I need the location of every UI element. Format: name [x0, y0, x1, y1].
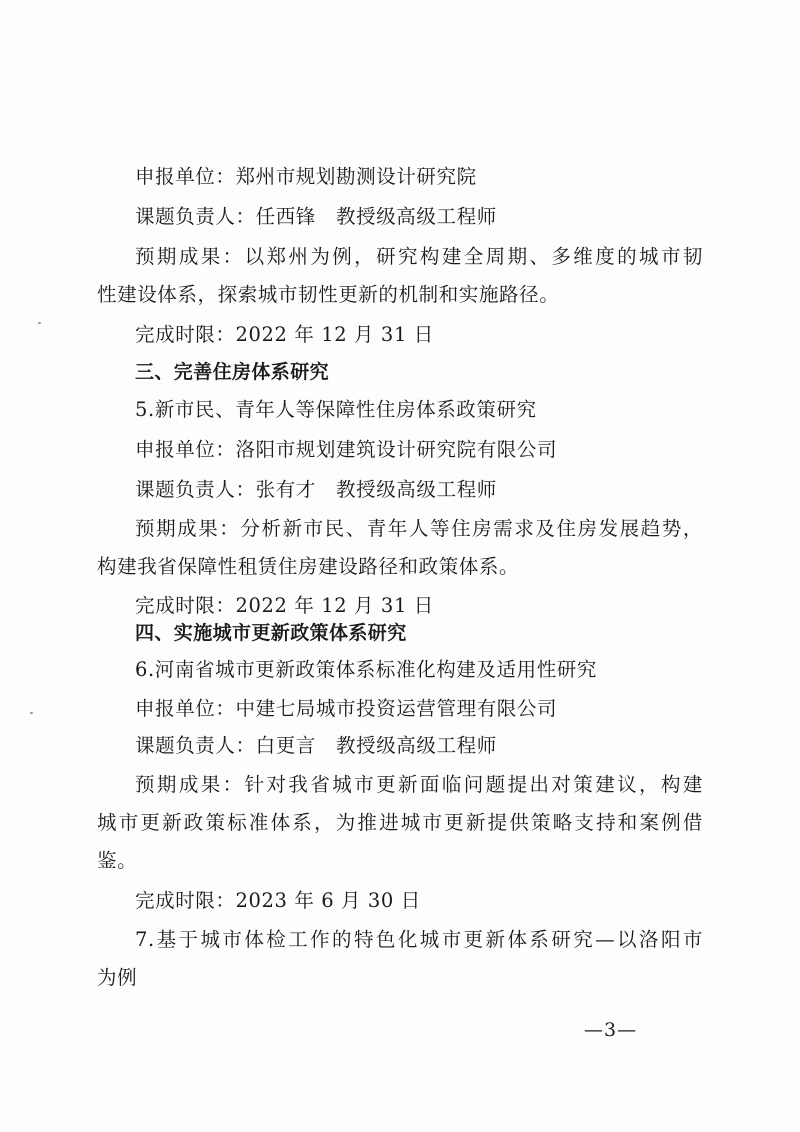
expected-results-5-line1: 预期成果：分析新市民、青年人等住房需求及住房发展趋势，	[135, 515, 703, 543]
expected-results-4-line1: 预期成果：以郑州为例，研究构建全周期、多维度的城市韧	[135, 243, 703, 271]
expected-results-4-line2: 性建设体系，探索城市韧性更新的机制和实施路径。	[97, 281, 559, 309]
project-title-5: 5.新市民、青年人等保障性住房体系政策研究	[135, 396, 537, 424]
expected-results-6-line3: 鉴。	[97, 847, 137, 875]
scan-speck	[38, 322, 41, 324]
section-heading-3: 三、完善住房体系研究	[135, 358, 329, 386]
deadline-6: 完成时限：2023 年 6 月 30 日	[135, 887, 421, 915]
applicant-unit-6: 申报单位：中建七局城市投资运营管理有限公司	[135, 695, 557, 723]
project-title-7-line1: 7.基于城市体检工作的特色化城市更新体系研究—以洛阳市	[135, 926, 703, 954]
scan-speck	[30, 712, 33, 714]
expected-results-6-line1: 预期成果：针对我省城市更新面临问题提出对策建议，构建	[135, 771, 703, 799]
project-title-6: 6.河南省城市更新政策体系标准化构建及适用性研究	[135, 656, 597, 684]
document-page: 申报单位：郑州市规划勘测设计研究院 课题负责人：任西锋 教授级高级工程师 预期成…	[0, 0, 800, 1132]
expected-results-6-line2: 城市更新政策标准体系，为推进城市更新提供策略支持和案例借	[97, 809, 703, 837]
applicant-unit-5: 申报单位：洛阳市规划建筑设计研究院有限公司	[135, 436, 557, 464]
deadline-4: 完成时限：2022 年 12 月 31 日	[135, 321, 434, 349]
project-leader-5: 课题负责人：张有才 教授级高级工程师	[135, 476, 497, 504]
section-heading-4: 四、实施城市更新政策体系研究	[135, 619, 407, 647]
applicant-unit-4: 申报单位：郑州市规划勘测设计研究院	[135, 163, 477, 191]
page-number: —3—	[584, 1016, 637, 1044]
deadline-5: 完成时限：2022 年 12 月 31 日	[135, 592, 434, 620]
project-title-7-line2: 为例	[97, 964, 137, 992]
project-leader-4: 课题负责人：任西锋 教授级高级工程师	[135, 203, 497, 231]
project-leader-6: 课题负责人：白更言 教授级高级工程师	[135, 732, 497, 760]
expected-results-5-line2: 构建我省保障性租赁住房建设路径和政策体系。	[97, 553, 519, 581]
